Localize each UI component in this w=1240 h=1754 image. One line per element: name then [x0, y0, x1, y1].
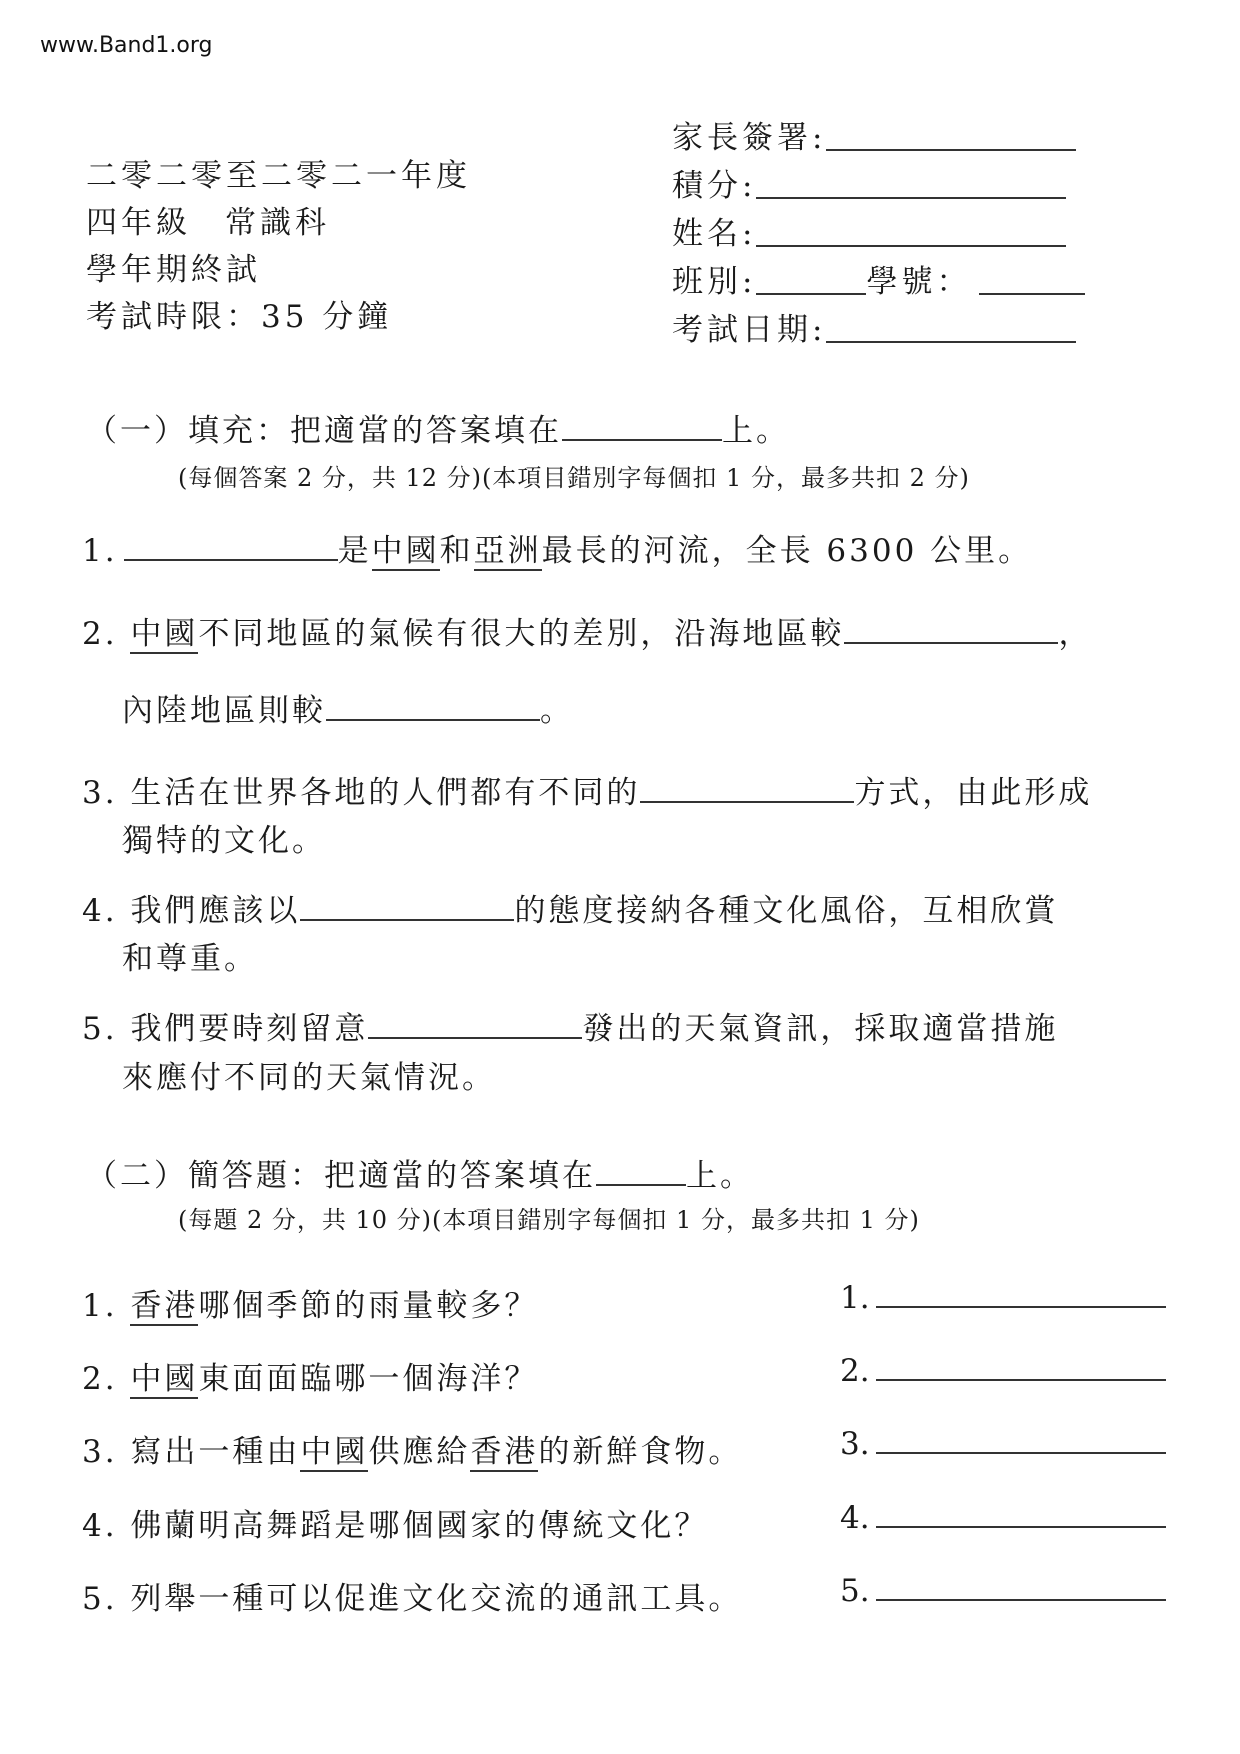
short-question-5: 5. 列舉一種可以促進文化交流的通訊工具。 — [82, 1573, 742, 1618]
fill-question-2-line2: 內陸地區則較。 — [122, 685, 574, 730]
fill-question-2: 2. 中國不同地區的氣候有很大的差別，沿海地區較， — [82, 608, 1092, 653]
school-year: 二零二零至二零二一年度 — [86, 150, 471, 195]
answer-line[interactable] — [876, 1598, 1166, 1601]
answer-line[interactable] — [876, 1378, 1166, 1381]
text: 。 — [540, 693, 574, 729]
class-line[interactable] — [756, 292, 866, 295]
text: 是 — [338, 533, 372, 569]
section2-scoring-note: (每題 2 分，共 10 分)(本項目錯別字每個扣 1 分，最多共扣 1 分) — [178, 1200, 920, 1235]
answer-number: 1. — [840, 1280, 870, 1316]
answer-blank-5[interactable] — [368, 1036, 582, 1039]
proper-noun: 香港 — [130, 1288, 198, 1326]
text: 發出的天氣資訊，採取適當措施 — [582, 1011, 1058, 1047]
answer-line[interactable] — [876, 1525, 1166, 1528]
text: 我們要時刻留意 — [130, 1011, 368, 1047]
class-field[interactable]: 班別: 學號： — [672, 256, 1085, 301]
question-text: 佛蘭明高舞蹈是哪個國家的傳統文化？ — [130, 1508, 708, 1544]
text: 不同地區的氣候有很大的差別，沿海地區較 — [198, 616, 844, 652]
proper-noun: 香港 — [470, 1434, 538, 1472]
answer-slot-4[interactable]: 4. — [840, 1500, 1166, 1536]
proper-noun-asia: 亞洲 — [474, 533, 542, 571]
example-blank — [562, 438, 722, 441]
text: 和 — [440, 533, 474, 569]
exam-date-line[interactable] — [826, 340, 1076, 343]
class-label: 班別: — [672, 256, 756, 301]
question-number: 5. — [82, 1581, 118, 1617]
fill-question-3: 3. 生活在世界各地的人們都有不同的方式，由此形成 — [82, 767, 1092, 812]
example-blank — [596, 1183, 686, 1186]
proper-noun: 中國 — [300, 1434, 368, 1472]
question-number: 1. — [82, 1288, 118, 1324]
question-text: 寫出一種由 — [130, 1434, 300, 1470]
watermark[interactable]: www.Band1.org — [40, 33, 213, 58]
fill-question-1: 1.是中國和亞洲最長的河流，全長 6300 公里。 — [82, 525, 1032, 570]
answer-line[interactable] — [876, 1305, 1166, 1308]
answer-blank-2a[interactable] — [844, 641, 1058, 644]
short-question-2: 2. 中國東面面臨哪一個海洋？ — [82, 1353, 538, 1398]
exam-title: 學年期終試 — [86, 244, 261, 289]
answer-blank-3[interactable] — [640, 800, 854, 803]
section2-title-text: （二）簡答題：把適當的答案填在 — [86, 1158, 596, 1194]
answer-number: 4. — [840, 1500, 870, 1536]
time-limit: 考試時限：35 分鐘 — [86, 291, 392, 336]
question-number: 5. — [82, 1011, 118, 1047]
parent-signature-label: 家長簽署: — [672, 112, 826, 157]
question-number: 1. — [82, 533, 118, 569]
text: 方式，由此形成 — [854, 775, 1092, 811]
question-number: 4. — [82, 1508, 118, 1544]
answer-slot-3[interactable]: 3. — [840, 1426, 1166, 1462]
text: 的態度接納各種文化風俗，互相欣賞 — [514, 893, 1058, 929]
score-field[interactable]: 積分: — [672, 160, 1066, 205]
question-text: 東面面臨哪一個海洋？ — [198, 1361, 538, 1397]
fill-question-4: 4. 我們應該以的態度接納各種文化風俗，互相欣賞 — [82, 885, 1058, 930]
text: 最長的河流，全長 6300 公里。 — [542, 533, 1033, 569]
answer-number: 3. — [840, 1426, 870, 1462]
question-number: 3. — [82, 1434, 118, 1470]
short-question-3: 3. 寫出一種由中國供應給香港的新鮮食物。 — [82, 1426, 742, 1471]
grade-subject: 四年級常識科 — [86, 197, 330, 242]
exam-date-field[interactable]: 考試日期: — [672, 304, 1076, 349]
parent-signature-field[interactable]: 家長簽署: — [672, 112, 1076, 157]
text: 生活在世界各地的人們都有不同的 — [130, 775, 640, 811]
proper-noun-china: 中國 — [130, 616, 198, 654]
short-question-1: 1. 香港哪個季節的雨量較多？ — [82, 1280, 538, 1325]
question-text: 供應給 — [368, 1434, 470, 1470]
student-no-label: 學號： — [866, 256, 971, 301]
score-label: 積分: — [672, 160, 756, 205]
proper-noun-china: 中國 — [372, 533, 440, 571]
fill-question-5: 5. 我們要時刻留意發出的天氣資訊，採取適當措施 — [82, 1003, 1058, 1048]
exam-date-label: 考試日期: — [672, 304, 826, 349]
fill-question-3-line2: 獨特的文化。 — [122, 815, 326, 860]
fill-question-5-line2: 來應付不同的天氣情況。 — [122, 1052, 496, 1097]
answer-number: 5. — [840, 1573, 870, 1609]
answer-slot-5[interactable]: 5. — [840, 1573, 1166, 1609]
name-line[interactable] — [756, 244, 1066, 247]
section1-title-end: 上。 — [722, 413, 790, 449]
question-number: 2. — [82, 616, 118, 652]
answer-slot-1[interactable]: 1. — [840, 1280, 1166, 1316]
subject: 常識科 — [225, 205, 330, 241]
student-no-line[interactable] — [979, 292, 1085, 295]
score-line[interactable] — [756, 196, 1066, 199]
question-text: 哪個季節的雨量較多？ — [198, 1288, 538, 1324]
answer-slot-2[interactable]: 2. — [840, 1353, 1166, 1389]
section2-title-end: 上。 — [686, 1158, 754, 1194]
answer-number: 2. — [840, 1353, 870, 1389]
answer-blank-4[interactable] — [300, 918, 514, 921]
question-text: 的新鮮食物。 — [538, 1434, 742, 1470]
fill-question-4-line2: 和尊重。 — [122, 933, 258, 978]
section1-title: （一）填充：把適當的答案填在上。 — [86, 405, 790, 450]
section1-title-text: （一）填充：把適當的答案填在 — [86, 413, 562, 449]
name-label: 姓名: — [672, 208, 756, 253]
short-question-4: 4. 佛蘭明高舞蹈是哪個國家的傳統文化？ — [82, 1500, 708, 1545]
answer-line[interactable] — [876, 1451, 1166, 1454]
parent-signature-line[interactable] — [826, 148, 1076, 151]
proper-noun: 中國 — [130, 1361, 198, 1399]
question-number: 3. — [82, 775, 118, 811]
grade: 四年級 — [86, 205, 191, 241]
question-number: 2. — [82, 1361, 118, 1397]
question-text: 列舉一種可以促進文化交流的通訊工具。 — [130, 1581, 742, 1617]
section2-title: （二）簡答題：把適當的答案填在上。 — [86, 1150, 754, 1195]
name-field[interactable]: 姓名: — [672, 208, 1066, 253]
question-number: 4. — [82, 893, 118, 929]
text: 內陸地區則較 — [122, 693, 326, 729]
text: 我們應該以 — [130, 893, 300, 929]
section1-scoring-note: (每個答案 2 分，共 12 分)(本項目錯別字每個扣 1 分，最多共扣 2 分… — [178, 458, 970, 493]
text: ， — [1058, 616, 1092, 652]
answer-blank-1[interactable] — [124, 558, 338, 561]
answer-blank-2b[interactable] — [326, 718, 540, 721]
